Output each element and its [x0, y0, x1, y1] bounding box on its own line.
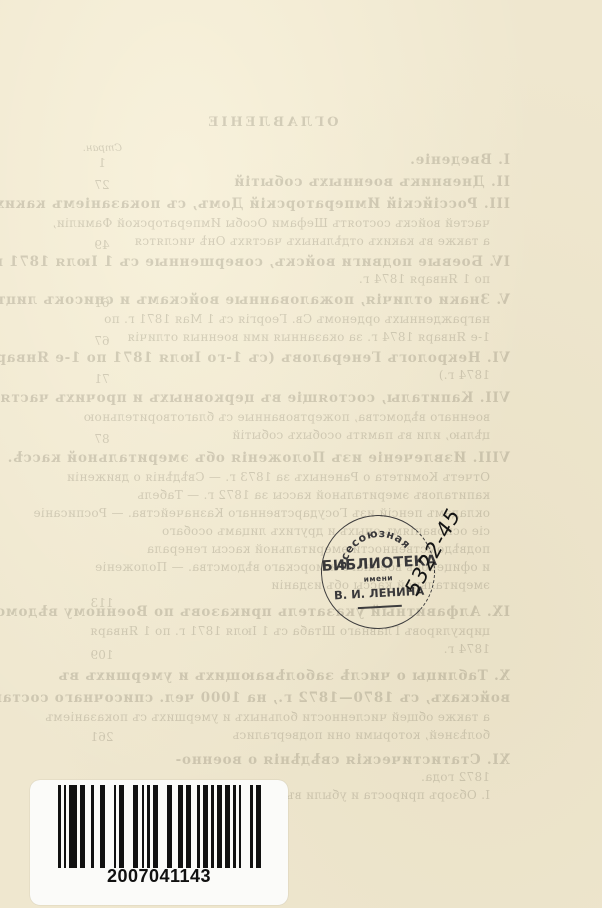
barcode-bar — [203, 785, 208, 868]
barcode-bar — [186, 785, 191, 868]
show-through-line: VIII. Извлеченiе изъ Положенiя объ эмери… — [7, 450, 510, 466]
show-through-page-number: 261 — [72, 730, 132, 744]
show-through-line: по 1 Января 1874 г. — [359, 272, 490, 286]
barcode-bar — [197, 785, 200, 868]
show-through-page-column-label: Стран. — [83, 143, 122, 154]
barcode-bar — [100, 785, 105, 868]
show-through-line: болѣзней, которыми они подвергались — [232, 728, 490, 742]
barcode-bar — [153, 785, 158, 868]
show-through-title: ОГЛАВЛЕНIЕ — [192, 115, 352, 130]
barcode-bar — [250, 785, 253, 868]
barcode-bar — [142, 785, 145, 868]
show-through-line: частей войскъ состоятъ Шефами Особы Импе… — [52, 216, 490, 230]
barcode-number: 2007041143 — [30, 866, 288, 887]
show-through-line: циркуляровъ Главнаго Штаба съ 1 Iюля 187… — [90, 624, 490, 638]
barcode-bar — [147, 785, 150, 868]
show-through-line: 1-е Января 1874 г. за оказанныя ими воен… — [127, 330, 490, 344]
show-through-line: 1874 г. — [443, 642, 490, 656]
show-through-line: X. Таблицы о числѣ заболѣвающихъ и умерш… — [58, 668, 510, 684]
show-through-page-number: 1 — [72, 156, 132, 170]
show-through-page-number: 49 — [72, 238, 132, 252]
show-through-line: а также общей численности больныхъ и уме… — [45, 710, 490, 724]
barcode-bar — [91, 785, 94, 868]
show-through-line: Отчетъ Комитета о Раненыхъ за 1873 г. — … — [67, 470, 490, 484]
show-through-line: III. Россiйскiй Императорскiй Домъ, съ п… — [0, 196, 510, 212]
barcode-bar — [233, 785, 236, 868]
show-through-line: 1872 года. — [421, 770, 490, 784]
barcode-bar — [80, 785, 85, 868]
barcode-bar — [133, 785, 138, 868]
show-through-line: I. Введенiе. — [409, 152, 510, 168]
barcode-bars — [58, 785, 264, 868]
show-through-page-number: 71 — [72, 372, 132, 386]
show-through-line: капиталовъ эмеритальной кассы за 1872 г.… — [137, 488, 490, 502]
show-through-line: VI. Некрологъ Генераловъ (съ 1-го Iюля 1… — [0, 350, 510, 366]
barcode-bar — [178, 785, 183, 868]
show-through-page-number: 113 — [72, 596, 132, 610]
show-through-line: войскахъ, съ 1870—1872 г., на 1000 чел. … — [0, 690, 510, 706]
barcode-bar — [239, 785, 242, 868]
show-through-line: цѣлью, или въ память особыхъ событiй — [232, 428, 490, 442]
barcode-bar — [64, 785, 67, 868]
barcode-bar — [217, 785, 222, 868]
show-through-page-number: 27 — [72, 178, 132, 192]
scanned-page: ОГЛАВЛЕНIЕ Стран. I. Введенiе.II. Дневни… — [0, 0, 602, 908]
barcode-bar — [69, 785, 77, 868]
show-through-line: II. Дневникъ военныхъ событiй — [234, 174, 510, 190]
show-through-line: а также въ какихъ отдѣльныхъ частяхъ Онѣ… — [134, 234, 490, 248]
show-through-line: VII. Капиталы, состоящiе въ церковныхъ и… — [0, 390, 510, 406]
barcode-bar — [167, 785, 172, 868]
barcode-bar — [119, 785, 124, 868]
barcode-bar — [225, 785, 230, 868]
show-through-page-number: 61 — [72, 296, 132, 310]
barcode-bar — [58, 785, 61, 868]
show-through-line: XI. Статистическiя свѣдѣнiя о военно- — [175, 752, 510, 768]
barcode-bar — [256, 785, 261, 868]
reverse-side-show-through: ОГЛАВЛЕНIЕ Стран. I. Введенiе.II. Дневни… — [0, 0, 602, 908]
barcode-label: 2007041143 — [30, 780, 288, 905]
show-through-page-number: 87 — [72, 432, 132, 446]
barcode-bar — [211, 785, 214, 868]
show-through-line: 1874 г.) — [438, 368, 490, 382]
barcode-bar — [114, 785, 117, 868]
show-through-page-number: 109 — [72, 648, 132, 662]
show-through-line: награжденныхъ орденомъ Св. Георгiя съ 1 … — [104, 312, 490, 326]
show-through-line: военнаго вѣдомства, пожертвованные съ бл… — [84, 410, 490, 424]
show-through-page-number: 67 — [72, 334, 132, 348]
show-through-line: IV. Боевые подвиги войскъ, совершенные с… — [0, 254, 510, 270]
